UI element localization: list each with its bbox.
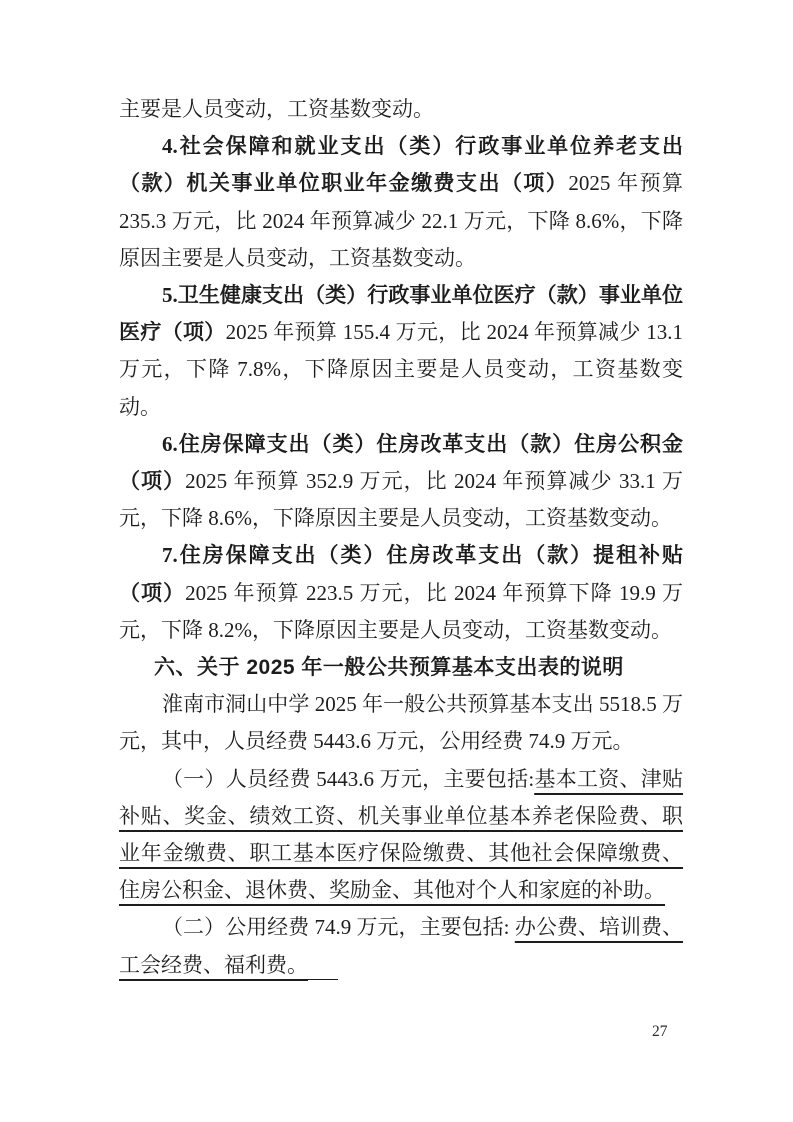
- document-body: 主要是人员变动，工资基数变动。 4.社会保障和就业支出（类）行政事业单位养老支出…: [119, 91, 683, 984]
- page-number: 27: [652, 1023, 668, 1041]
- paragraph-item-5: 5.卫生健康支出（类）行政事业单位医疗（款）事业单位医疗（项）2025 年预算 …: [119, 277, 683, 426]
- paragraph-item-6: 6.住房保障支出（类）住房改革支出（款）住房公积金（项）2025 年预算 352…: [119, 426, 683, 538]
- item-7-body: 2025 年预算 223.5 万元，比 2024 年预算下降 19.9 万元，下…: [119, 581, 683, 642]
- personnel-funds-lead: （一）人员经费 5443.6 万元，主要包括:: [162, 767, 534, 791]
- document-page: 主要是人员变动，工资基数变动。 4.社会保障和就业支出（类）行政事业单位养老支出…: [0, 0, 793, 1122]
- paragraph-item-4: 4.社会保障和就业支出（类）行政事业单位养老支出（款）机关事业单位职业年金缴费支…: [119, 128, 683, 277]
- paragraph-item-7: 7.住房保障支出（类）住房改革支出（款）提租补贴（项）2025 年预算 223.…: [119, 537, 683, 649]
- paragraph-personnel-funds: （一）人员经费 5443.6 万元，主要包括:基本工资、津贴补贴、奖金、绩效工资…: [119, 761, 683, 910]
- section-heading: 六、关于 2025 年一般公共预算基本支出表的说明: [119, 649, 683, 686]
- item-6-body: 2025 年预算 352.9 万元，比 2024 年预算减少 33.1 万元，下…: [119, 469, 683, 530]
- paragraph-continuation: 主要是人员变动，工资基数变动。: [119, 91, 683, 128]
- paragraph-summary: 淮南市洞山中学 2025 年一般公共预算基本支出 5518.5 万元，其中，人员…: [119, 686, 683, 760]
- underline-tail: [308, 969, 338, 980]
- paragraph-public-funds: （二）公用经费 74.9 万元，主要包括: 办公费、培训费、工会经费、福利费。: [119, 909, 683, 983]
- public-funds-lead: （二）公用经费 74.9 万元，主要包括:: [162, 915, 515, 939]
